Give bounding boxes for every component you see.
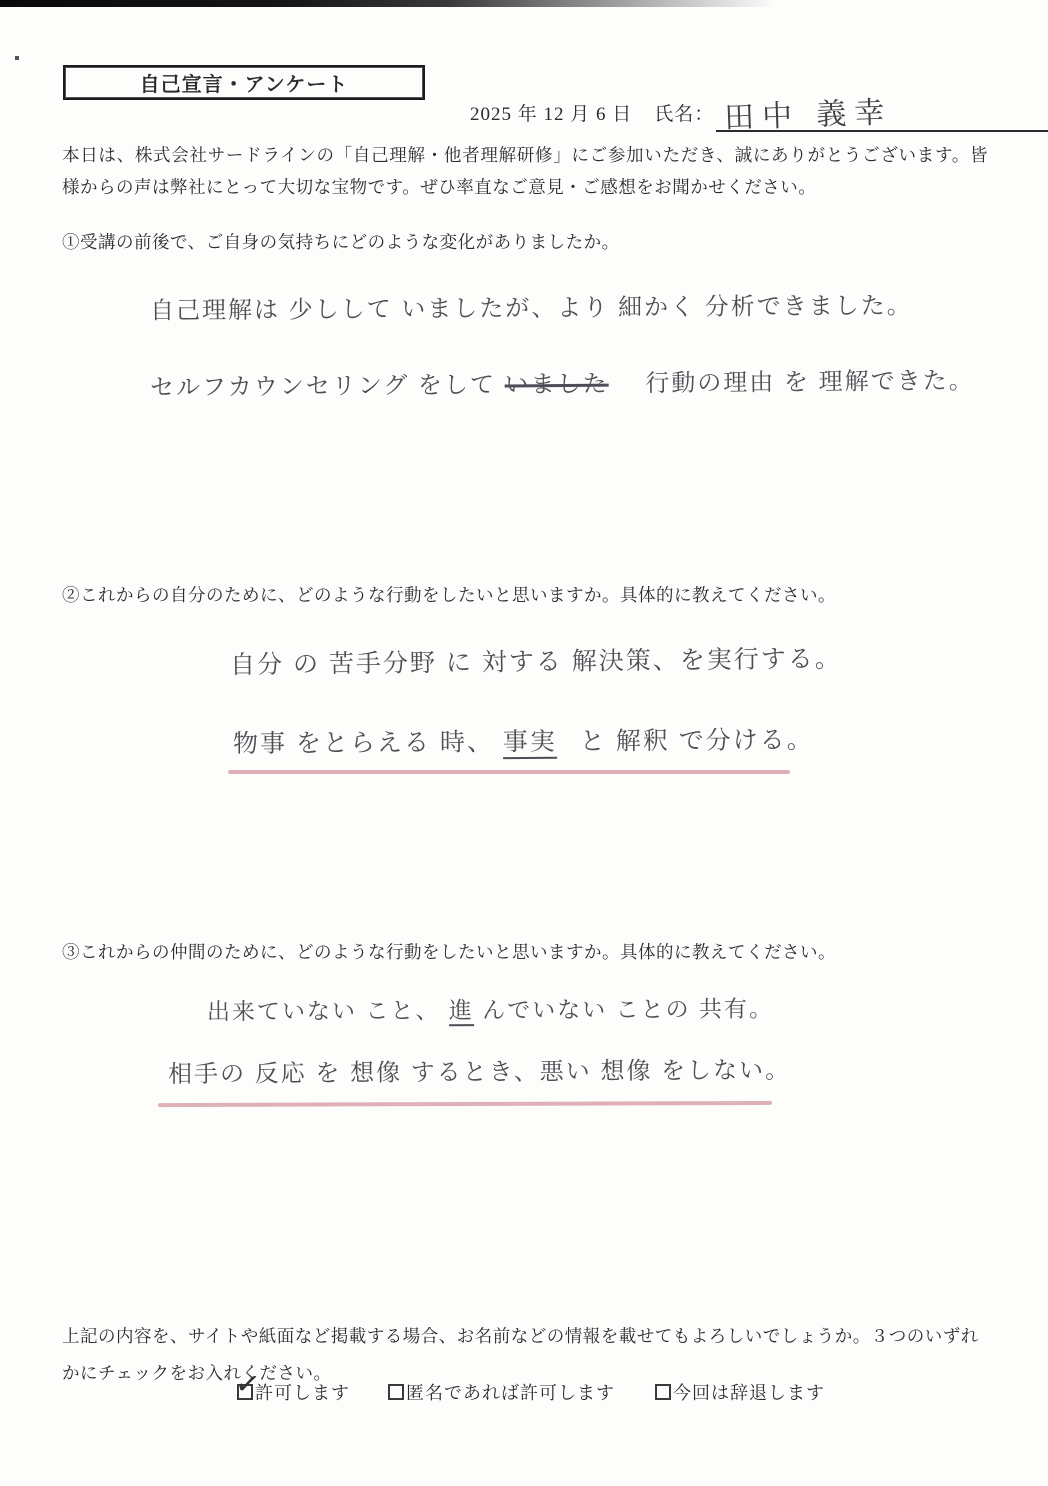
pink-highlighter-underline-q3 [158, 1101, 772, 1107]
question-2-label: ②これからの自分のために、どのような行動をしたいと思いますか。具体的に教えてくだ… [62, 582, 836, 607]
form-title-box: 自己宣言・アンケート [63, 65, 425, 100]
checkbox-anonymous[interactable]: ✓ [388, 1384, 404, 1400]
date-name-row: 2025 年 12 月 6 日 氏名： 田中 義幸 [470, 96, 1048, 126]
question-1-label: ①受講の前後で、ご自身の気持ちにどのような変化がありましたか。 [62, 229, 620, 254]
q1-answer2-struck-text: いました [505, 371, 609, 399]
question-2-answer-line-1: 自分 の 苦手分野 に 対する 解決策、を実行する。 [230, 639, 842, 681]
q1-answer2-pre: セルフカウンセリング をして [150, 372, 496, 402]
question-3-label: ③これからの仲間のために、どのような行動をしたいと思いますか。具体的に教えてくだ… [62, 939, 836, 964]
consent-option-decline[interactable]: ✓ 今回は辞退します [655, 1379, 825, 1405]
q3-answer1-pre: 出来ていない こと、 [207, 997, 441, 1024]
form-title: 自己宣言・アンケート [140, 68, 349, 97]
pink-highlighter-underline-q2 [228, 770, 790, 774]
name-field[interactable]: 田中 義幸 [716, 102, 1048, 132]
q2-answer2-post: と 解釈 で分ける。 [580, 726, 814, 756]
q2-answer2-pre: 物事 をとらえる 時、 [233, 728, 494, 758]
question-1-answer-line-1: 自己理解は 少しして いましたが、より 細かく 分析できました。 [150, 285, 913, 325]
consent-option-permit-label: 許可します [255, 1379, 350, 1405]
question-2-answer-line-2: 物事 をとらえる 時、 事実 と 解釈 で分ける。 [233, 720, 814, 760]
consent-option-decline-label: 今回は辞退します [673, 1379, 825, 1405]
q3-answer1-post: んでいない ことの 共有。 [482, 996, 774, 1024]
consent-option-anonymous-label: 匿名であれば許可します [406, 1379, 615, 1405]
checkbox-decline[interactable]: ✓ [655, 1384, 671, 1400]
q2-answer2-underlined-word: 事実 [503, 728, 557, 759]
scan-speck [15, 56, 19, 60]
intro-paragraph: 本日は、株式会社サードラインの「自己理解・他者理解研修」にご参加いただき、誠にあ… [62, 139, 988, 204]
q3-answer1-underlined-word: 進 [449, 997, 474, 1026]
check-mark-icon: ✓ [233, 1368, 263, 1401]
date-value: 2025 年 12 月 6 日 [470, 99, 632, 126]
name-label: 氏名： [654, 99, 714, 126]
scan-edge-artifact [0, 0, 817, 7]
question-1-answer-line-2: セルフカウンセリング をして いました 行動の理由 を 理解できた。 [150, 360, 975, 402]
consent-option-anonymous[interactable]: ✓ 匿名であれば許可します [388, 1379, 615, 1405]
handwritten-name: 田中 義幸 [724, 87, 894, 137]
question-3-answer-line-2: 相手の 反応 を 想像 するとき、悪い 想像 をしない。 [168, 1050, 791, 1089]
consent-option-permit[interactable]: ✓ 許可します [237, 1379, 350, 1405]
q1-answer2-post: 行動の理由 を 理解できた。 [645, 367, 975, 397]
question-3-answer-line-1: 出来ていない こと、 進 んでいない ことの 共有。 [207, 991, 774, 1027]
checkbox-permit[interactable]: ✓ [237, 1384, 253, 1400]
scanned-questionnaire-page: 自己宣言・アンケート 2025 年 12 月 6 日 氏名： 田中 義幸 本日は… [0, 0, 1048, 1486]
